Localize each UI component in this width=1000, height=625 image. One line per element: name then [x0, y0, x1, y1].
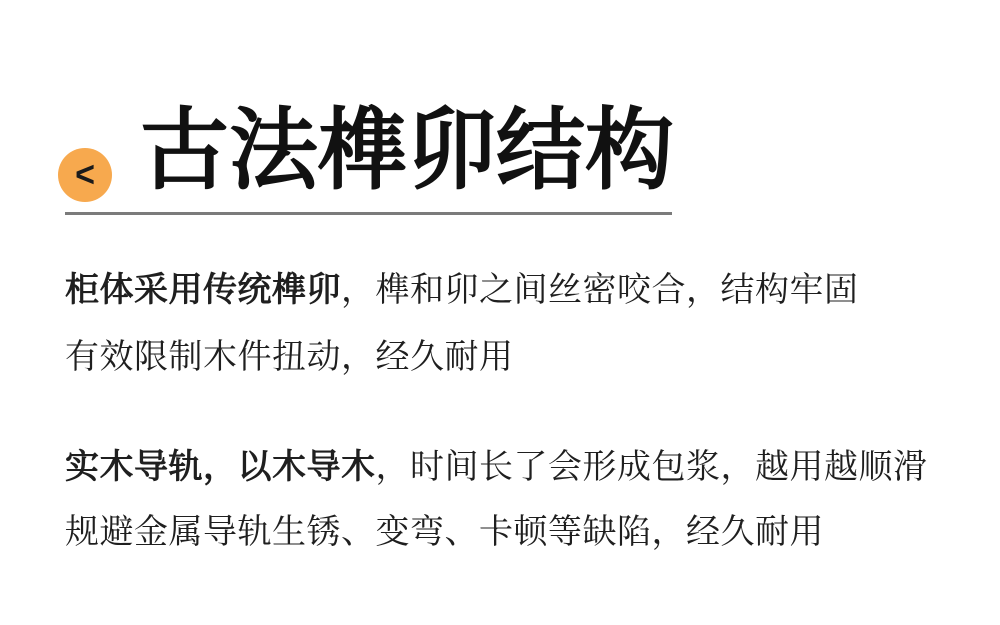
product-description-page: < 古法榫卯结构 柜体采用传统榫卯，榫和卯之间丝密咬合，结构牢固 有效限制木件扭…	[0, 0, 1000, 625]
paragraph1-lead-text: 柜体采用传统榫卯	[65, 271, 341, 309]
paragraph1-line2: 有效限制木件扭动，经久耐用	[65, 336, 514, 379]
paragraph2-line2: 规避金属导轨生锈、变弯、卡顿等缺陷，经久耐用	[65, 511, 824, 554]
paragraph1-body-text: ，榫和卯之间丝密咬合，结构牢固	[341, 271, 859, 309]
title-underline	[65, 212, 672, 215]
paragraph2-body-text: ，时间长了会形成包浆，越用越顺滑	[376, 448, 928, 486]
page-title: 古法榫卯结构	[140, 106, 674, 199]
paragraph2-lead-text: 实木导轨，以木导木	[65, 448, 376, 486]
paragraph2-line1: 实木导轨，以木导木，时间长了会形成包浆，越用越顺滑	[65, 446, 928, 489]
paragraph1-line1: 柜体采用传统榫卯，榫和卯之间丝密咬合，结构牢固	[65, 269, 859, 312]
back-chevron-icon: <	[75, 157, 95, 193]
back-button[interactable]: <	[58, 148, 112, 202]
